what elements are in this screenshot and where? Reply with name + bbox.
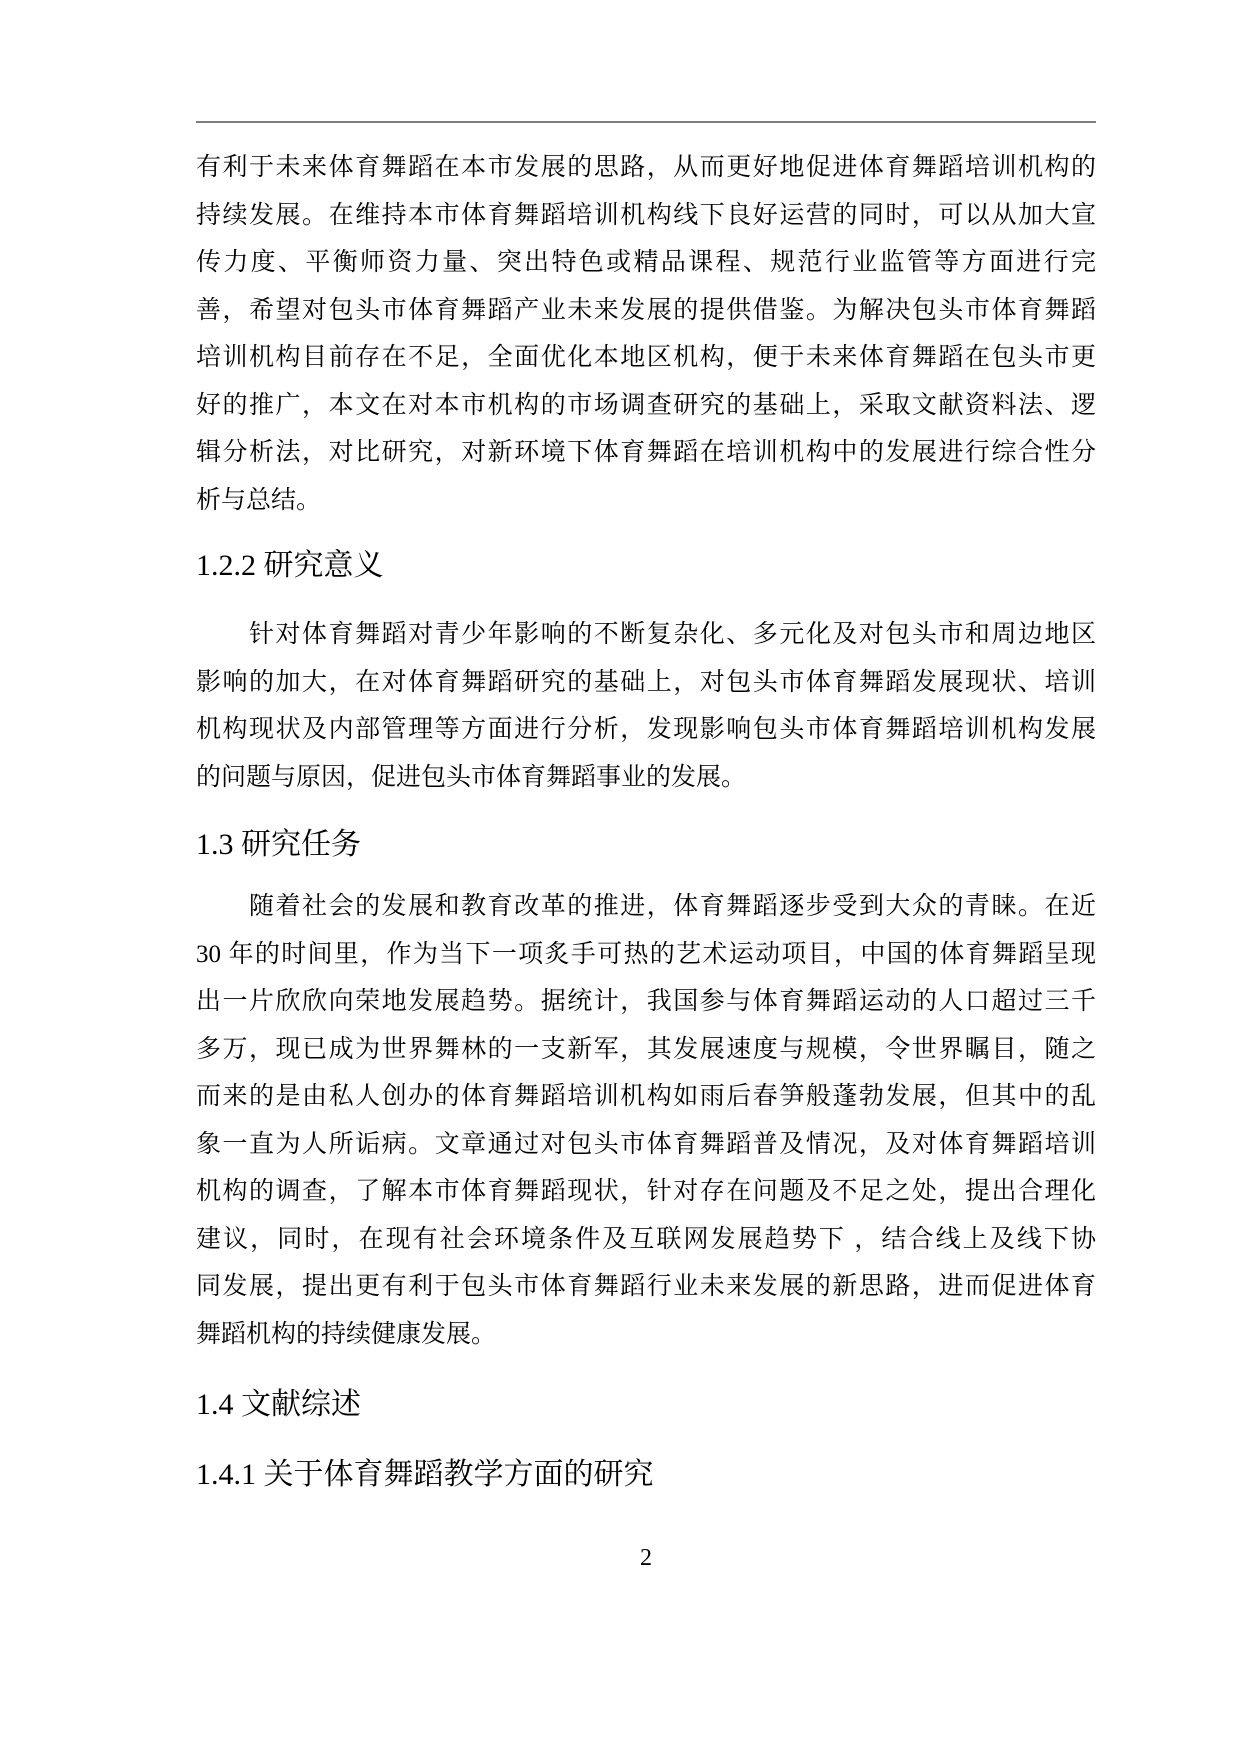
- text-line: 建议，同时，在现有社会环境条件及互联网发展趋势下 ，结合线上及线下协: [196, 1216, 1096, 1264]
- page-number: 2: [196, 1544, 1096, 1572]
- text-line: 传力度、平衡师资力量、突出特色或精品课程、规范行业监管等方面进行完: [196, 239, 1096, 287]
- text-column: 有利于未来体育舞蹈在本市发展的思路，从而更好地促进体育舞蹈培训机构的持续发展。在…: [196, 121, 1096, 1572]
- text-line: 辑分析法，对比研究，对新环境下体育舞蹈在培训机构中的发展进行综合性分: [196, 429, 1096, 477]
- text-line: 而来的是由私人创办的体育舞蹈培训机构如雨后春笋般蓬勃发展，但其中的乱: [196, 1073, 1096, 1121]
- text-line: 好的推广，本文在对本市机构的市场调查研究的基础上，采取文献资料法、逻: [196, 382, 1096, 430]
- text-line: 机构的调查，了解本市体育舞蹈现状，针对存在问题及不足之处，提出合理化: [196, 1168, 1096, 1216]
- text-line: 的问题与原因，促进包头市体育舞蹈事业的发展。: [196, 754, 1096, 802]
- section-heading-1-4: 1.4 文献综述: [196, 1381, 1096, 1429]
- text-line: 30 年的时间里，作为当下一项炙手可热的艺术运动项目，中国的体育舞蹈呈现: [196, 931, 1096, 979]
- section-heading-1-2-2: 1.2.2 研究意义: [196, 542, 1096, 590]
- section-heading-1-3: 1.3 研究任务: [196, 821, 1096, 869]
- text-line: 随着社会的发展和教育改革的推进，体育舞蹈逐步受到大众的青睐。在近: [196, 883, 1096, 931]
- text-line: 舞蹈机构的持续健康发展。: [196, 1311, 1096, 1359]
- text-line: 培训机构目前存在不足，全面优化本地区机构，便于未来体育舞蹈在包头市更: [196, 334, 1096, 382]
- text-line: 析与总结。: [196, 477, 1096, 525]
- paragraph-continuation: 有利于未来体育舞蹈在本市发展的思路，从而更好地促进体育舞蹈培训机构的持续发展。在…: [196, 144, 1096, 524]
- paragraph-research-significance: 针对体育舞蹈对青少年影响的不断复杂化、多元化及对包头市和周边地区影响的加大，在对…: [196, 611, 1096, 801]
- text-line: 多万，现已成为世界舞林的一支新军，其发展速度与规模，令世界瞩目，随之: [196, 1026, 1096, 1074]
- text-line: 象一直为人所诟病。文章通过对包头市体育舞蹈普及情况，及对体育舞蹈培训: [196, 1121, 1096, 1169]
- text-line: 持续发展。在维持本市体育舞蹈培训机构线下良好运营的同时，可以从加大宣: [196, 192, 1096, 240]
- document-page: 有利于未来体育舞蹈在本市发展的思路，从而更好地促进体育舞蹈培训机构的持续发展。在…: [0, 0, 1240, 1754]
- text-line: 善，希望对包头市体育舞蹈产业未来发展的提供借鉴。为解决包头市体育舞蹈: [196, 287, 1096, 335]
- text-line: 出一片欣欣向荣地发展趋势。据统计，我国参与体育舞蹈运动的人口超过三千: [196, 978, 1096, 1026]
- text-line: 机构现状及内部管理等方面进行分析，发现影响包头市体育舞蹈培训机构发展: [196, 706, 1096, 754]
- text-line: 针对体育舞蹈对青少年影响的不断复杂化、多元化及对包头市和周边地区: [196, 611, 1096, 659]
- section-heading-1-4-1: 1.4.1 关于体育舞蹈教学方面的研究: [196, 1451, 1096, 1499]
- paragraph-research-tasks: 随着社会的发展和教育改革的推进，体育舞蹈逐步受到大众的青睐。在近30 年的时间里…: [196, 883, 1096, 1358]
- text-line: 有利于未来体育舞蹈在本市发展的思路，从而更好地促进体育舞蹈培训机构的: [196, 144, 1096, 192]
- text-line: 影响的加大，在对体育舞蹈研究的基础上，对包头市体育舞蹈发展现状、培训: [196, 659, 1096, 707]
- text-line: 同发展，提出更有利于包头市体育舞蹈行业未来发展的新思路，进而促进体育: [196, 1263, 1096, 1311]
- header-rule: [196, 121, 1096, 123]
